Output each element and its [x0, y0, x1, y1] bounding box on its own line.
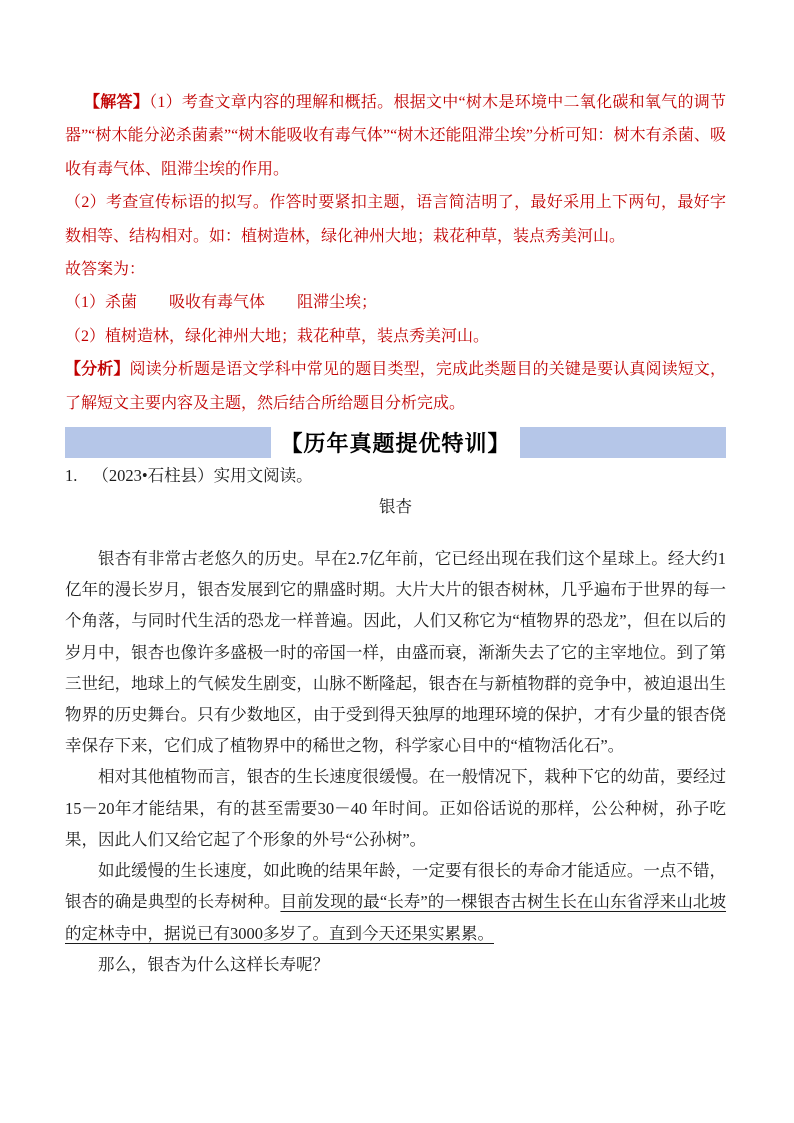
- section-banner-title: 【历年真题提优特训】: [271, 427, 519, 458]
- article-paragraph: 相对其他植物而言，银杏的生长速度很缓慢。在一般情况下，栽种下它的幼苗，要经过15…: [65, 761, 726, 855]
- answer-paragraph: （2）植树造林，绿化神州大地；栽花种草，装点秀美河山。: [65, 320, 726, 353]
- analysis-label: 【分析】: [65, 361, 130, 378]
- answer-paragraph: （1）杀菌 吸收有毒气体 阻滞尘埃；: [65, 286, 726, 319]
- answer-paragraph: （2）考查宣传标语的拟写。作答时要紧扣主题，语言简洁明了，最好采用上下两句，最好…: [65, 186, 726, 253]
- article-paragraph: 银杏有非常古老悠久的历史。早在2.7亿年前，它已经出现在我们这个星球上。经大约1…: [65, 543, 726, 761]
- article-paragraph: 那么，银杏为什么这样长寿呢？: [65, 949, 726, 980]
- answer-paragraph: 【分析】阅读分析题是语文学科中常见的题目类型，完成此类题目的关键是要认真阅读短文…: [65, 353, 726, 420]
- article-paragraph: 如此缓慢的生长速度，如此晚的结果年龄，一定要有很长的寿命才能适应。一点不错，银杏…: [65, 855, 726, 949]
- answer-paragraph: 【解答】（1）考查文章内容的理解和概括。根据文中“树木是环境中二氧化碳和氧气的调…: [65, 86, 726, 186]
- exercise-item: 1.（2023•石柱县）实用文阅读。: [65, 460, 726, 491]
- article-body: 银杏有非常古老悠久的历史。早在2.7亿年前，它已经出现在我们这个星球上。经大约1…: [65, 543, 726, 980]
- answer-label: 【解答】: [84, 94, 149, 111]
- exercise-number: 1.: [65, 460, 77, 491]
- section-banner: 【历年真题提优特训】: [65, 427, 726, 458]
- document-page: 【解答】（1）考查文章内容的理解和概括。根据文中“树木是环境中二氧化碳和氧气的调…: [65, 86, 726, 980]
- answer-text: （1）考查文章内容的理解和概括。根据文中“树木是环境中二氧化碳和氧气的调节器”“…: [65, 94, 726, 178]
- answer-block: 【解答】（1）考查文章内容的理解和概括。根据文中“树木是环境中二氧化碳和氧气的调…: [65, 86, 726, 420]
- article-title: 银杏: [65, 491, 726, 522]
- analysis-text: 阅读分析题是语文学科中常见的题目类型，完成此类题目的关键是要认真阅读短文，了解短…: [65, 361, 726, 411]
- answer-paragraph: 故答案为：: [65, 253, 726, 286]
- exercise-source: （2023•石柱县）实用文阅读。: [92, 466, 312, 485]
